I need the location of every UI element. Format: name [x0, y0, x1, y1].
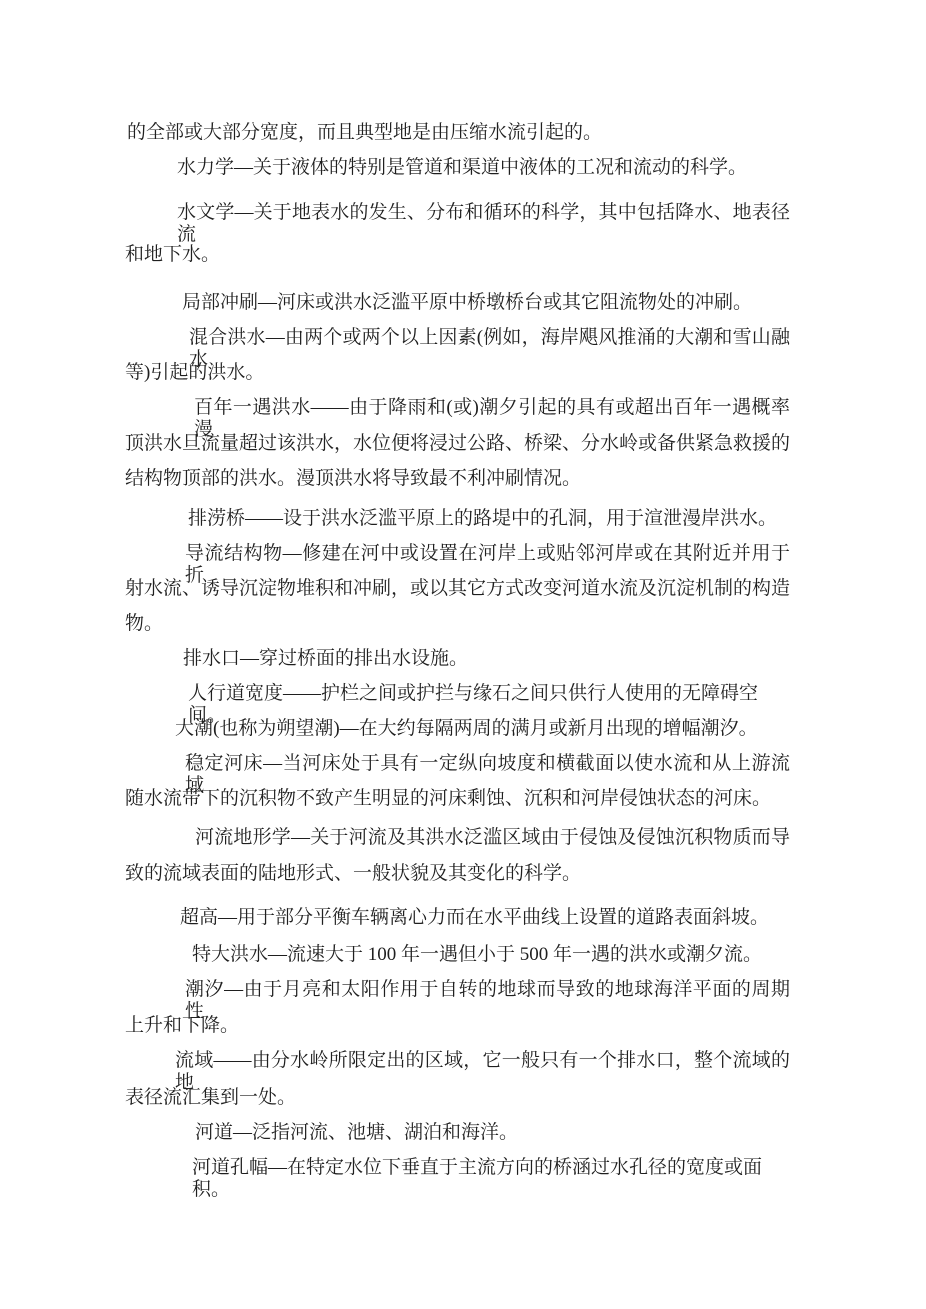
text-block: 的全部或大部分宽度，而且典型地是由压缩水流引起的。水力学—关于液体的特别是管道和…: [125, 0, 790, 1309]
text-line: 人行道宽度——护栏之间或护拦与缘石之间只供行人使用的无障碍空间。: [188, 683, 790, 709]
document-page: 的全部或大部分宽度，而且典型地是由压缩水流引起的。水力学—关于液体的特别是管道和…: [0, 0, 926, 1309]
text-line: 河道孔幅—在特定水位下垂直于主流方向的桥涵过水孔径的宽度或面积。: [192, 1157, 790, 1183]
text-line: 致的流域表面的陆地形式、一般状貌及其变化的科学。: [125, 863, 790, 889]
text-line: 排涝桥——设于洪水泛滥平原上的路堤中的孔洞，用于渲泄漫岸洪水。: [188, 508, 790, 534]
text-line: 水力学—关于液体的特别是管道和渠道中液体的工况和流动的科学。: [177, 157, 790, 183]
text-line: 河流地形学—关于河流及其洪水泛滥区域由于侵蚀及侵蚀沉积物质而导: [195, 827, 790, 853]
text-line: 流域——由分水岭所限定出的区域，它一般只有一个排水口，整个流域的地: [175, 1050, 790, 1076]
text-line: 稳定河床—当河床处于具有一定纵向坡度和横截面以使水流和从上游流域: [185, 753, 790, 779]
text-line: 和地下水。: [125, 244, 790, 270]
text-line: 随水流带下的沉积物不致产生明显的河床剩蚀、沉积和河岸侵蚀状态的河床。: [125, 788, 790, 814]
text-line: 等)引起的洪水。: [125, 362, 790, 388]
text-line: 排水口—穿过桥面的排出水设施。: [183, 648, 790, 674]
text-line: 上升和下降。: [125, 1015, 790, 1041]
text-line: 河道—泛指河流、池塘、湖泊和海洋。: [195, 1122, 790, 1148]
text-line: 大潮(也称为朔望潮)—在大约每隔两周的满月或新月出现的增幅潮汐。: [175, 718, 790, 744]
text-line: 表径流汇集到一处。: [125, 1087, 790, 1113]
text-line: 结构物顶部的洪水。漫顶洪水将导致最不利冲刷情况。: [125, 468, 790, 494]
text-line: 水文学—关于地表水的发生、分布和循环的科学，其中包括降水、地表径流: [177, 202, 790, 228]
text-line: 物。: [125, 613, 790, 639]
text-line: 潮汐—由于月亮和太阳作用于自转的地球而导致的地球海洋平面的周期性: [185, 979, 790, 1005]
text-line: 局部冲刷—河床或洪水泛滥平原中桥墩桥台或其它阻流物处的冲刷。: [182, 292, 790, 318]
text-line: 混合洪水—由两个或两个以上因素(例如，海岸飓风推涌的大潮和雪山融水: [189, 327, 790, 353]
text-line: 射水流、诱导沉淀物堆积和冲刷，或以其它方式改变河道水流及沉淀机制的构造: [125, 578, 790, 604]
text-line: 特大洪水—流速大于 100 年一遇但小于 500 年一遇的洪水或潮夕流。: [192, 944, 790, 970]
text-line: 顶洪水旦流量超过该洪水，水位便将浸过公路、桥梁、分水岭或备供紧急救援的: [125, 433, 790, 459]
text-line: 导流结构物—修建在河中或设置在河岸上或贴邻河岸或在其附近并用于折: [185, 543, 790, 569]
text-line: 超高—用于部分平衡车辆离心力而在水平曲线上设置的道路表面斜坡。: [180, 907, 790, 933]
text-line: 百年一遇洪水——由于降雨和(或)潮夕引起的具有或超出百年一遇概率漫: [194, 397, 790, 423]
text-line: 的全部或大部分宽度，而且典型地是由压缩水流引起的。: [127, 122, 790, 148]
